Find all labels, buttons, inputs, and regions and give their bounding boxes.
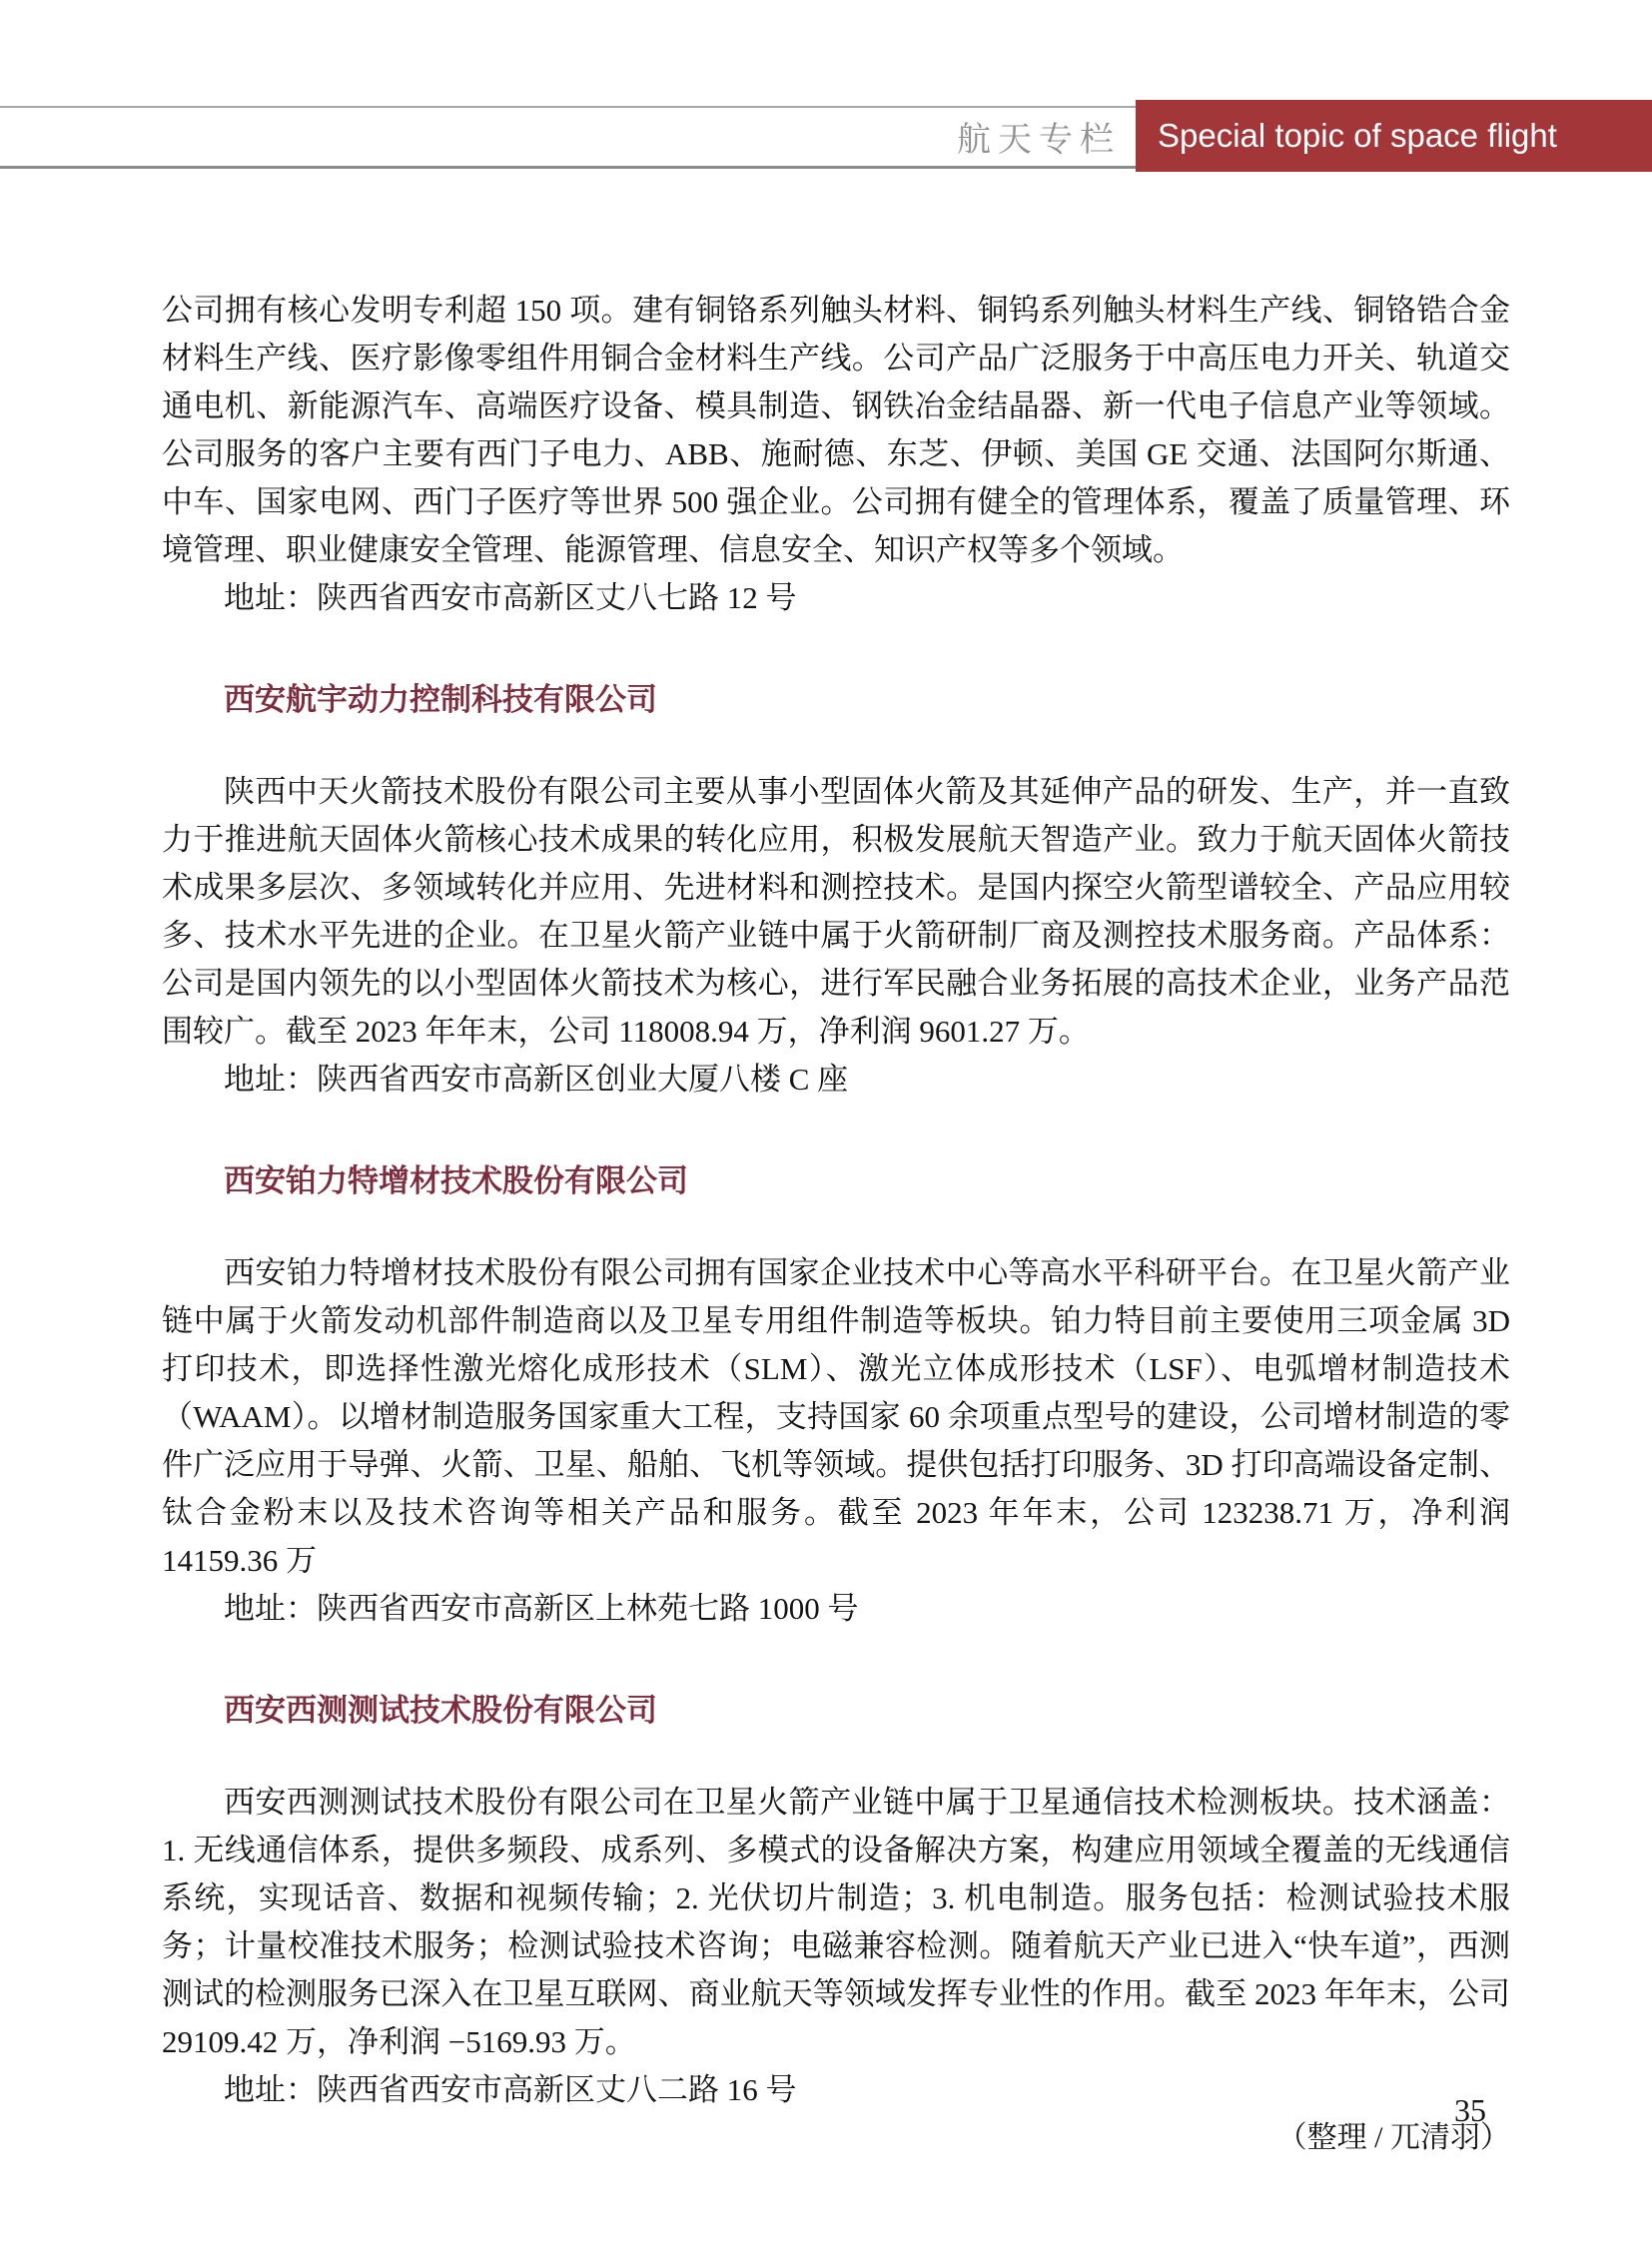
company-section: 西安铂力特增材技术股份有限公司 西安铂力特增材技术股份有限公司拥有国家企业技术中… (162, 1159, 1510, 1633)
page-content: 公司拥有核心发明专利超 150 项。建有铜铬系列触头材料、铜钨系列触头材料生产线… (162, 287, 1510, 2162)
company-paragraph: 西安铂力特增材技术股份有限公司拥有国家企业技术中心等高水平科研平台。在卫星火箭产… (162, 1249, 1510, 1585)
credit-line: （整理 / 兀清羽） (162, 2114, 1510, 2162)
section-banner: Special topic of space flight (1136, 100, 1652, 172)
company-section: 西安西测测试技术股份有限公司 西安西测测试技术股份有限公司在卫星火箭产业链中属于… (162, 1689, 1510, 2114)
company-section: 西安航宇动力控制科技有限公司 陕西中天火箭技术股份有限公司主要从事小型固体火箭及… (162, 678, 1510, 1104)
company-paragraph: 公司拥有核心发明专利超 150 项。建有铜铬系列触头材料、铜钨系列触头材料生产线… (162, 287, 1510, 574)
company-address: 地址：陕西省西安市高新区上林苑七路 1000 号 (162, 1585, 1510, 1633)
company-address: 地址：陕西省西安市高新区丈八二路 16 号 (162, 2066, 1510, 2114)
header-cn-label-wrap: 航天专栏 (0, 100, 1121, 172)
company-heading: 西安铂力特增材技术股份有限公司 (162, 1159, 1510, 1203)
section-label-en: Special topic of space flight (1136, 117, 1557, 155)
company-heading: 西安航宇动力控制科技有限公司 (162, 678, 1510, 722)
company-address: 地址：陕西省西安市高新区创业大厦八楼 C 座 (162, 1056, 1510, 1104)
page-number: 35 (1454, 2090, 1486, 2130)
section-label-cn: 航天专栏 (957, 112, 1121, 161)
company-section: 公司拥有核心发明专利超 150 项。建有铜铬系列触头材料、铜钨系列触头材料生产线… (162, 287, 1510, 622)
company-heading: 西安西测测试技术股份有限公司 (162, 1689, 1510, 1733)
company-paragraph: 西安西测测试技术股份有限公司在卫星火箭产业链中属于卫星通信技术检测板块。技术涵盖… (162, 1779, 1510, 2066)
company-address: 地址：陕西省西安市高新区丈八七路 12 号 (162, 574, 1510, 622)
magazine-page: 航天专栏 Special topic of space flight 公司拥有核… (0, 0, 1652, 2242)
company-paragraph: 陕西中天火箭技术股份有限公司主要从事小型固体火箭及其延伸产品的研发、生产，并一直… (162, 768, 1510, 1056)
